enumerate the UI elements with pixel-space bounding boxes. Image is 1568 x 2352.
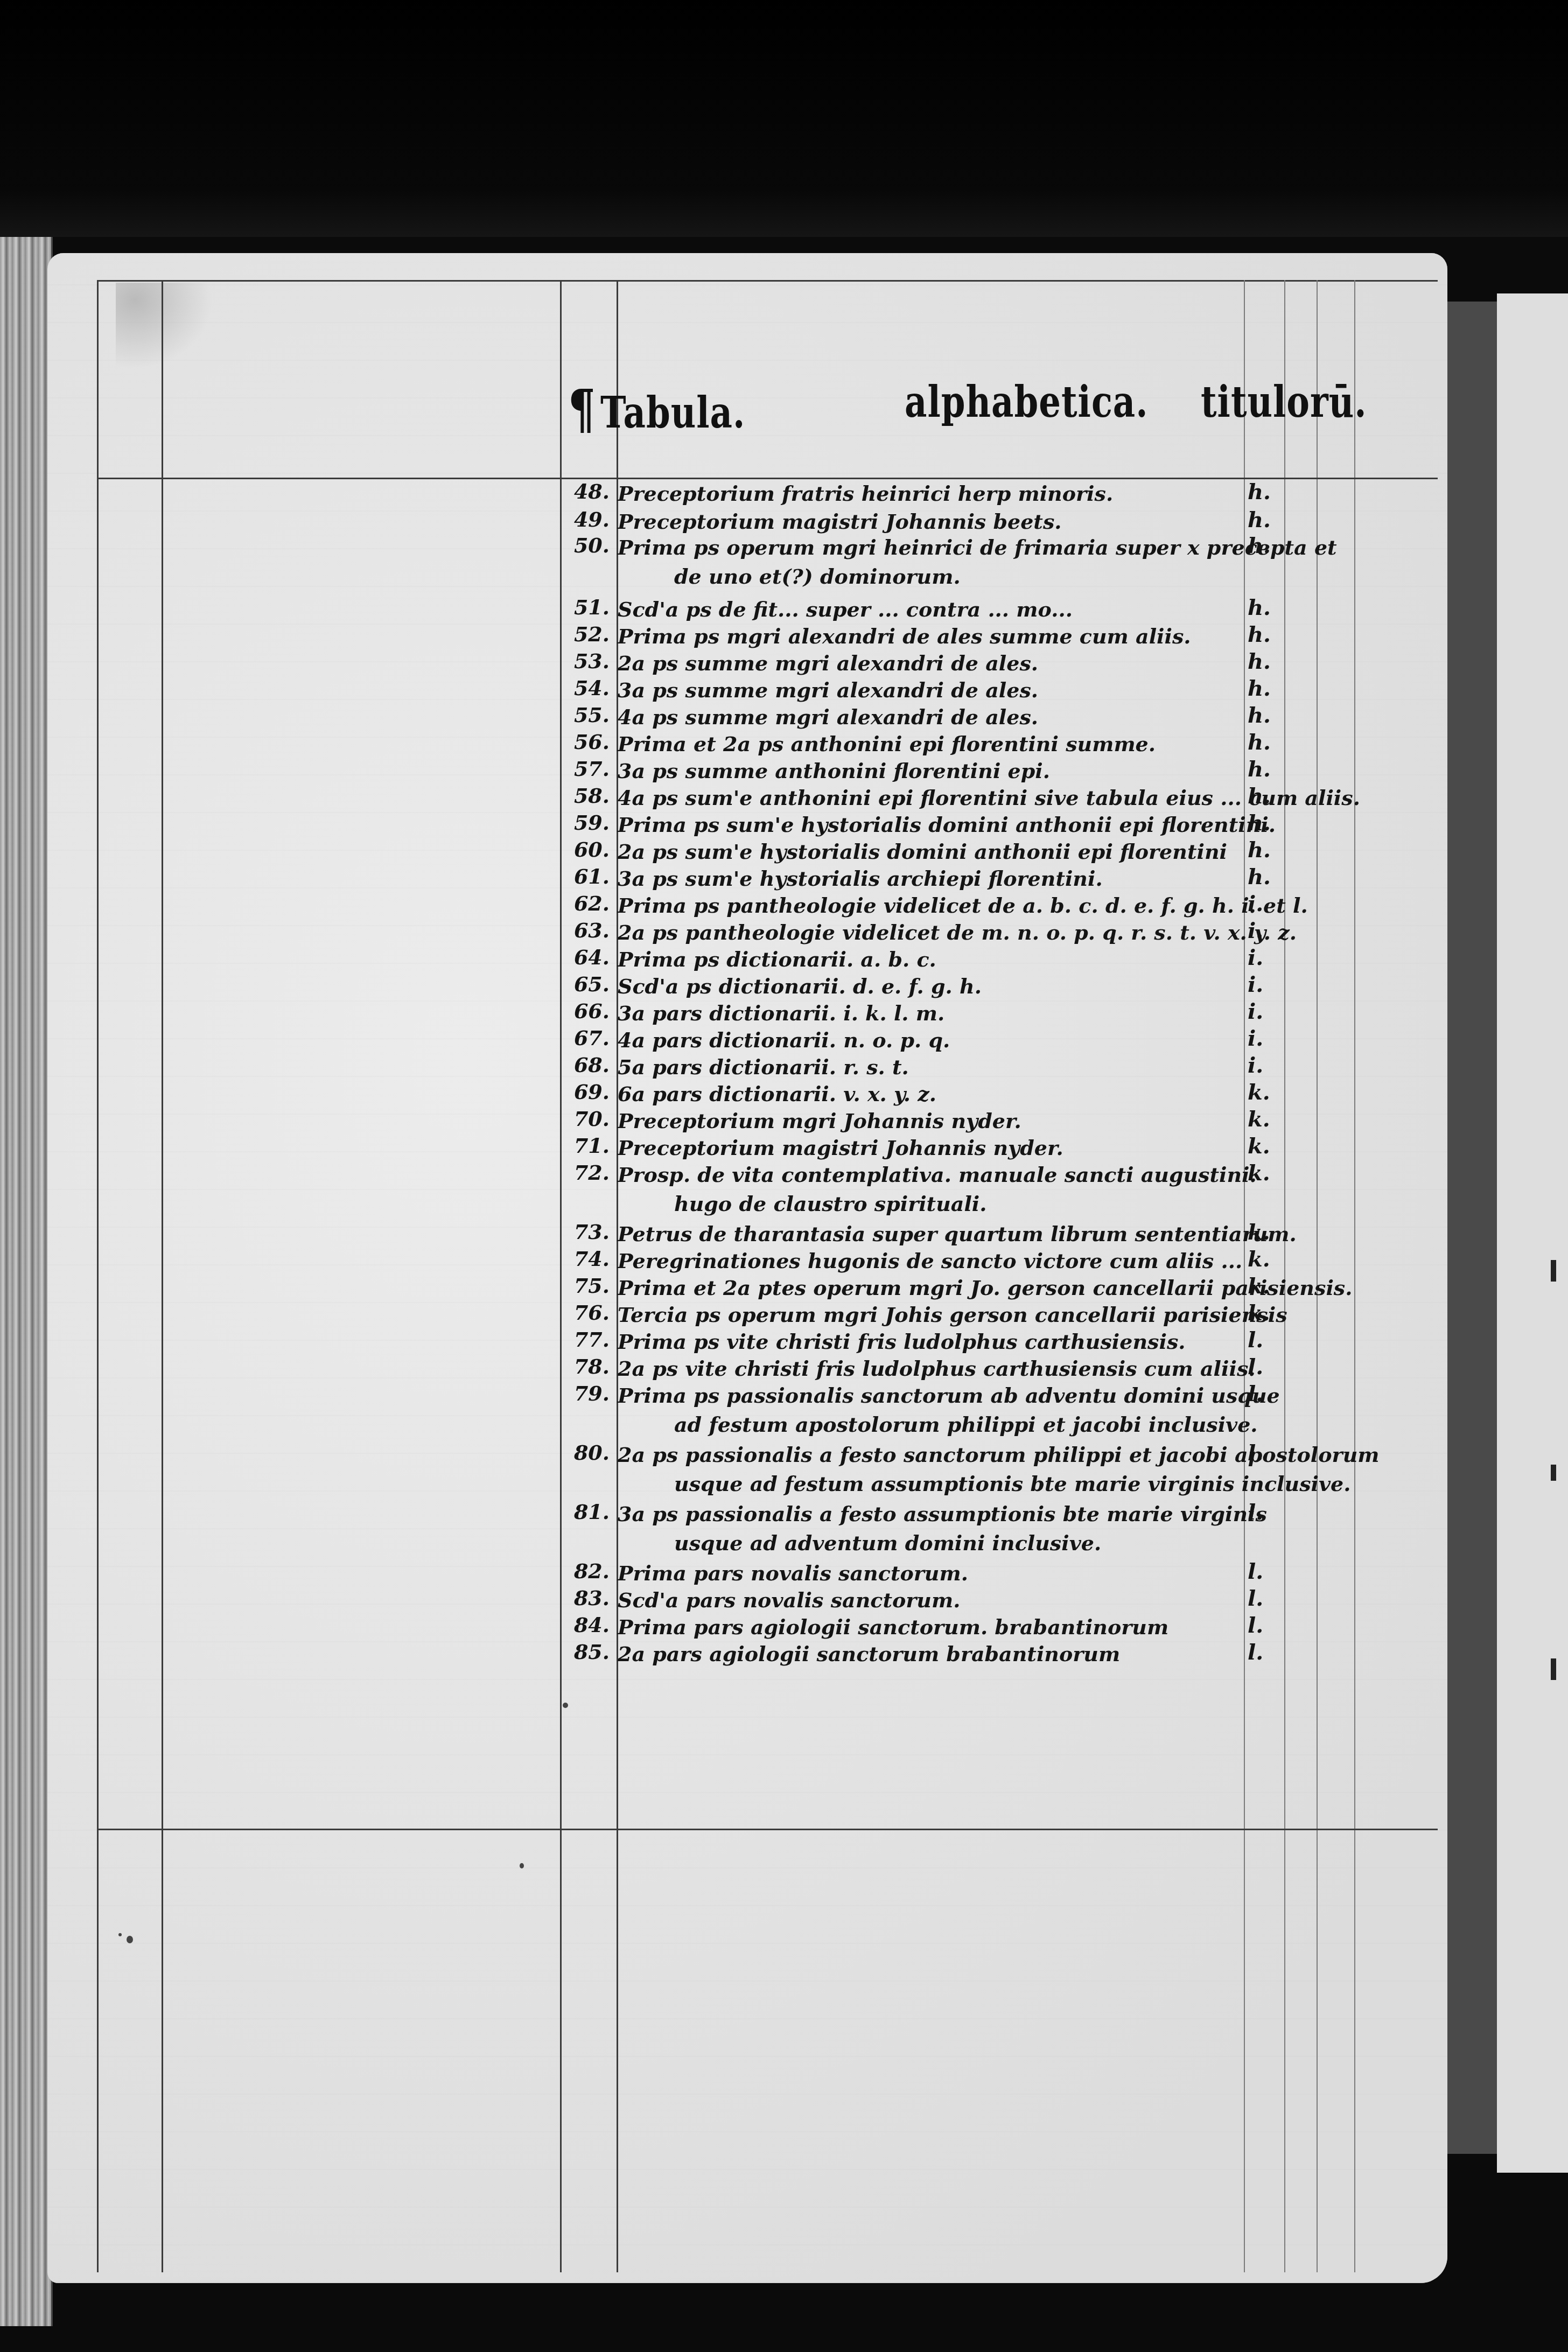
- heading-word-tabula: Tabula.: [600, 388, 745, 438]
- table-row: 71.Preceptorium magistri Johannis nyder.…: [566, 1133, 1063, 1163]
- entry-number: 61.: [561, 864, 610, 888]
- entry-number: 55.: [561, 703, 610, 727]
- shelf-mark: h.: [1248, 533, 1280, 558]
- entry-title: Preceptorium magistri Johannis nyder.: [618, 1136, 1063, 1160]
- entry-title-continuation: hugo de claustro spirituali.: [674, 1189, 1257, 1219]
- outer-frame-rule: [1354, 280, 1355, 2272]
- shelf-mark: k.: [1248, 1133, 1280, 1159]
- entry-number: 59.: [561, 810, 610, 835]
- table-row: 63.2a ps pantheologie videlicet de m. n.…: [566, 918, 1297, 947]
- entry-number: 72.: [561, 1160, 610, 1185]
- dark-background-top: [0, 0, 1568, 237]
- table-row: 76.Tercia ps operum mgri Johis gerson ca…: [566, 1300, 1287, 1329]
- entry-title: Prima ps mgri alexandri de ales summe cu…: [618, 624, 1191, 648]
- heading-tabula: ¶Tabula.: [568, 377, 745, 458]
- entry-title: 3a ps passionalis a festo assumptionis b…: [618, 1502, 1267, 1526]
- entry-title: Prima ps pantheologie videlicet de a. b.…: [618, 893, 1308, 918]
- shelf-mark: l.: [1248, 1381, 1280, 1406]
- shelf-mark: l.: [1248, 1354, 1280, 1380]
- shelf-mark: h.: [1248, 783, 1280, 809]
- shelf-mark: l.: [1248, 1586, 1280, 1611]
- ink-speck: [520, 1863, 524, 1868]
- entry-number: 80.: [561, 1440, 610, 1465]
- entry-title: 2a ps summe mgri alexandri de ales.: [618, 651, 1038, 675]
- entry-title-continuation: usque ad adventum domini inclusive.: [674, 1529, 1267, 1558]
- entry-number: 81.: [561, 1500, 610, 1524]
- entry-title: 3a ps summe mgri alexandri de ales.: [618, 678, 1038, 702]
- entry-title: Tercia ps operum mgri Johis gerson cance…: [618, 1303, 1287, 1327]
- entry-number: 64.: [561, 945, 610, 969]
- entry-title: 3a ps summe anthonini florentini epi.: [618, 759, 1050, 783]
- table-row: 77.Prima ps vite christi fris ludolphus …: [566, 1327, 1186, 1356]
- shelf-mark: h.: [1248, 730, 1280, 755]
- entry-number: 51.: [561, 595, 610, 619]
- entry-title-continuation: usque ad festum assumptionis bte marie v…: [674, 1469, 1379, 1499]
- heading-alphabetica: alphabetica.: [905, 377, 1149, 458]
- shelf-mark: h.: [1248, 479, 1280, 505]
- table-row: 79.Prima ps passionalis sanctorum ab adv…: [566, 1381, 1280, 1439]
- table-row: 49.Preceptorium magistri Johannis beets.…: [566, 507, 1062, 536]
- shelf-mark: i.: [1248, 972, 1280, 997]
- facing-page-ink-mark: [1551, 1658, 1556, 1680]
- shelf-mark: l.: [1248, 1500, 1280, 1525]
- entry-title: 5a pars dictionarii. r. s. t.: [618, 1055, 909, 1079]
- text-block-bottom-rule: [97, 1829, 1438, 1830]
- table-row: 70.Preceptorium mgri Johannis nyder.k.: [566, 1107, 1021, 1136]
- entry-number: 82.: [561, 1559, 610, 1583]
- shelf-mark: h.: [1248, 837, 1280, 863]
- shelf-mark: l.: [1248, 1440, 1280, 1466]
- table-row: 78.2a ps vite christi fris ludolphus car…: [566, 1354, 1256, 1383]
- entry-number: 74.: [561, 1247, 610, 1271]
- water-stain: [116, 283, 213, 369]
- entry-title: Peregrinationes hugonis de sancto victor…: [618, 1249, 1242, 1273]
- entry-number: 84.: [561, 1613, 610, 1637]
- table-row: 60.2a ps sum'e hystorialis domini anthon…: [566, 837, 1227, 866]
- entry-number: 66.: [561, 999, 610, 1023]
- table-row: 65.Scd'a ps dictionarii. d. e. f. g. h.i…: [566, 972, 982, 1001]
- book-page-edges: [0, 237, 53, 2326]
- entry-title: 2a pars agiologii sanctorum brabantinoru…: [618, 1642, 1120, 1666]
- entry-number: 54.: [561, 676, 610, 700]
- table-row: 66.3a pars dictionarii. i. k. l. m.i.: [566, 999, 944, 1028]
- entry-number: 62.: [561, 891, 610, 915]
- entry-title: Prima pars agiologii sanctorum. brabanti…: [618, 1615, 1168, 1639]
- entry-title: Prima et 2a ptes operum mgri Jo. gerson …: [618, 1276, 1352, 1300]
- entry-title: Prima et 2a ps anthonini epi florentini …: [618, 732, 1156, 756]
- shelf-mark: k.: [1248, 1160, 1280, 1186]
- shelf-mark: i.: [1248, 1026, 1280, 1051]
- table-row: 83.Scd'a pars novalis sanctorum.l.: [566, 1586, 960, 1615]
- shelf-mark: l.: [1248, 1640, 1280, 1665]
- entry-number: 58.: [561, 783, 610, 808]
- entry-number: 68.: [561, 1053, 610, 1077]
- ink-speck: [563, 1703, 568, 1708]
- table-row: 75.Prima et 2a ptes operum mgri Jo. gers…: [566, 1273, 1352, 1303]
- shelf-mark: l.: [1248, 1327, 1280, 1353]
- shelf-mark: k.: [1248, 1080, 1280, 1105]
- entry-number: 70.: [561, 1107, 610, 1131]
- entry-title: Prima ps operum mgri heinrici de frimari…: [618, 535, 1337, 559]
- ink-speck: [127, 1936, 133, 1943]
- entry-number: 71.: [561, 1133, 610, 1158]
- binding-gutter-shadow: [1447, 302, 1497, 2154]
- entry-number: 53.: [561, 649, 610, 673]
- table-row: 59.Prima ps sum'e hystorialis domini ant…: [566, 810, 1276, 839]
- entry-title-continuation: ad festum apostolorum philippi et jacobi…: [674, 1410, 1280, 1439]
- entry-number: 49.: [561, 507, 610, 531]
- table-row: 51.Scd'a ps de fit... super ... contra .…: [566, 595, 1073, 624]
- entry-title: 4a ps summe mgri alexandri de ales.: [618, 705, 1038, 729]
- entry-title: 3a pars dictionarii. i. k. l. m.: [618, 1001, 944, 1025]
- entry-number: 76.: [561, 1300, 610, 1325]
- entry-number: 83.: [561, 1586, 610, 1610]
- entry-number: 73.: [561, 1220, 610, 1244]
- shelf-mark: l.: [1248, 1559, 1280, 1584]
- entry-title: 3a ps sum'e hystorialis archiepi florent…: [618, 866, 1103, 891]
- table-row: 50.Prima ps operum mgri heinrici de frim…: [566, 533, 1337, 591]
- entry-number: 48.: [561, 479, 610, 503]
- shelf-mark: h.: [1248, 810, 1280, 836]
- left-margin-rule: [162, 280, 163, 2272]
- shelf-mark: h.: [1248, 676, 1280, 701]
- entry-number: 57.: [561, 757, 610, 781]
- facing-page-ink-mark: [1551, 1260, 1556, 1282]
- table-row: 54.3a ps summe mgri alexandri de ales.h.: [566, 676, 1038, 705]
- shelf-mark: i.: [1248, 918, 1280, 943]
- pilcrow-icon: ¶: [568, 377, 596, 440]
- entry-number: 50.: [561, 533, 610, 557]
- top-frame-rule: [97, 280, 1438, 282]
- heading-titulorum: titulorū.: [1201, 377, 1367, 458]
- table-row: 64.Prima ps dictionarii. a. b. c.i.: [566, 945, 936, 974]
- table-row: 69.6a pars dictionarii. v. x. y. z.k.: [566, 1080, 936, 1109]
- table-row: 73.Petrus de tharantasia super quartum l…: [566, 1220, 1297, 1249]
- shelf-mark: h.: [1248, 864, 1280, 890]
- entry-title: 6a pars dictionarii. v. x. y. z.: [618, 1082, 936, 1106]
- table-row: 53.2a ps summe mgri alexandri de ales.h.: [566, 649, 1038, 678]
- entry-title: Scd'a pars novalis sanctorum.: [618, 1588, 960, 1612]
- entry-title: Scd'a ps dictionarii. d. e. f. g. h.: [618, 974, 982, 998]
- entry-title: Preceptorium mgri Johannis nyder.: [618, 1109, 1021, 1133]
- table-row: 48.Preceptorium fratris heinrici herp mi…: [566, 479, 1113, 508]
- table-row: 80.2a ps passionalis a festo sanctorum p…: [566, 1440, 1379, 1499]
- shelf-mark: h.: [1248, 507, 1280, 533]
- entry-title: Scd'a ps de fit... super ... contra ... …: [618, 597, 1073, 621]
- table-row: 82.Prima pars novalis sanctorum.l.: [566, 1559, 968, 1588]
- entry-number: 69.: [561, 1080, 610, 1104]
- entry-title: 2a ps sum'e hystorialis domini anthonii …: [618, 839, 1227, 864]
- shelf-mark: l.: [1248, 1613, 1280, 1638]
- entry-title: Preceptorium magistri Johannis beets.: [618, 509, 1062, 534]
- ink-speck: [118, 1933, 122, 1936]
- table-row: 56.Prima et 2a ps anthonini epi florenti…: [566, 730, 1156, 759]
- entry-number: 56.: [561, 730, 610, 754]
- shelf-mark: i.: [1248, 945, 1280, 970]
- entry-number: 85.: [561, 1640, 610, 1664]
- entry-title: 2a ps pantheologie videlicet de m. n. o.…: [618, 920, 1297, 944]
- entry-title: Prima ps dictionarii. a. b. c.: [618, 947, 936, 971]
- entry-number: 60.: [561, 837, 610, 862]
- left-frame-rule: [97, 280, 99, 2272]
- entry-number: 65.: [561, 972, 610, 996]
- shelf-mark: k.: [1248, 1107, 1280, 1132]
- entry-title: Prima ps passionalis sanctorum ab advent…: [618, 1383, 1280, 1408]
- facing-page-edge: [1497, 293, 1568, 2173]
- entry-number: 67.: [561, 1026, 610, 1050]
- table-row: 62.Prima ps pantheologie videlicet de a.…: [566, 891, 1308, 920]
- shelf-mark: k.: [1248, 1247, 1280, 1272]
- shelf-mark: i.: [1248, 999, 1280, 1024]
- table-row: 74.Peregrinationes hugonis de sancto vic…: [566, 1247, 1242, 1276]
- table-row: 81.3a ps passionalis a festo assumptioni…: [566, 1500, 1267, 1558]
- table-row: 55.4a ps summe mgri alexandri de ales.h.: [566, 703, 1038, 732]
- table-row: 84.Prima pars agiologii sanctorum. braba…: [566, 1613, 1168, 1642]
- table-row: 85.2a pars agiologii sanctorum brabantin…: [566, 1640, 1120, 1669]
- shelf-mark: k.: [1248, 1220, 1280, 1245]
- shelf-mark: h.: [1248, 622, 1280, 647]
- entry-title-continuation: de uno et(?) dominorum.: [674, 562, 1337, 591]
- table-row: 68.5a pars dictionarii. r. s. t.i.: [566, 1053, 909, 1082]
- table-row: 61.3a ps sum'e hystorialis archiepi flor…: [566, 864, 1103, 893]
- entry-title: Petrus de tharantasia super quartum libr…: [618, 1222, 1297, 1246]
- shelf-mark: h.: [1248, 757, 1280, 782]
- entry-title: Prima ps sum'e hystorialis domini anthon…: [618, 813, 1276, 837]
- shelf-mark: k.: [1248, 1300, 1280, 1326]
- entry-title: Prima ps vite christi fris ludolphus car…: [618, 1329, 1186, 1354]
- entry-title: 2a ps vite christi fris ludolphus carthu…: [618, 1356, 1256, 1381]
- table-row: 72.Prosp. de vita contemplativa. manuale…: [566, 1160, 1257, 1219]
- shelf-mark: i.: [1248, 1053, 1280, 1078]
- shelf-mark: h.: [1248, 703, 1280, 728]
- entry-title: Prosp. de vita contemplativa. manuale sa…: [618, 1163, 1257, 1187]
- shelf-mark: k.: [1248, 1273, 1280, 1299]
- entry-title: Preceptorium fratris heinrici herp minor…: [618, 481, 1113, 506]
- table-row: 52.Prima ps mgri alexandri de ales summe…: [566, 622, 1191, 651]
- entry-number: 77.: [561, 1327, 610, 1352]
- entry-number: 79.: [561, 1381, 610, 1405]
- entry-number: 78.: [561, 1354, 610, 1378]
- shelf-mark: h.: [1248, 595, 1280, 620]
- entry-number: 63.: [561, 918, 610, 942]
- entry-title: Prima pars novalis sanctorum.: [618, 1561, 968, 1585]
- table-row: 67.4a pars dictionarii. n. o. p. q.i.: [566, 1026, 950, 1055]
- table-row: 58.4a ps sum'e anthonini epi florentini …: [566, 783, 1360, 813]
- facing-page-ink-mark: [1551, 1465, 1556, 1481]
- entry-number: 75.: [561, 1273, 610, 1298]
- entry-number: 52.: [561, 622, 610, 646]
- shelf-mark: h.: [1248, 649, 1280, 674]
- shelf-mark: i.: [1248, 891, 1280, 916]
- table-row: 57.3a ps summe anthonini florentini epi.…: [566, 757, 1050, 786]
- entry-title: 4a pars dictionarii. n. o. p. q.: [618, 1028, 950, 1052]
